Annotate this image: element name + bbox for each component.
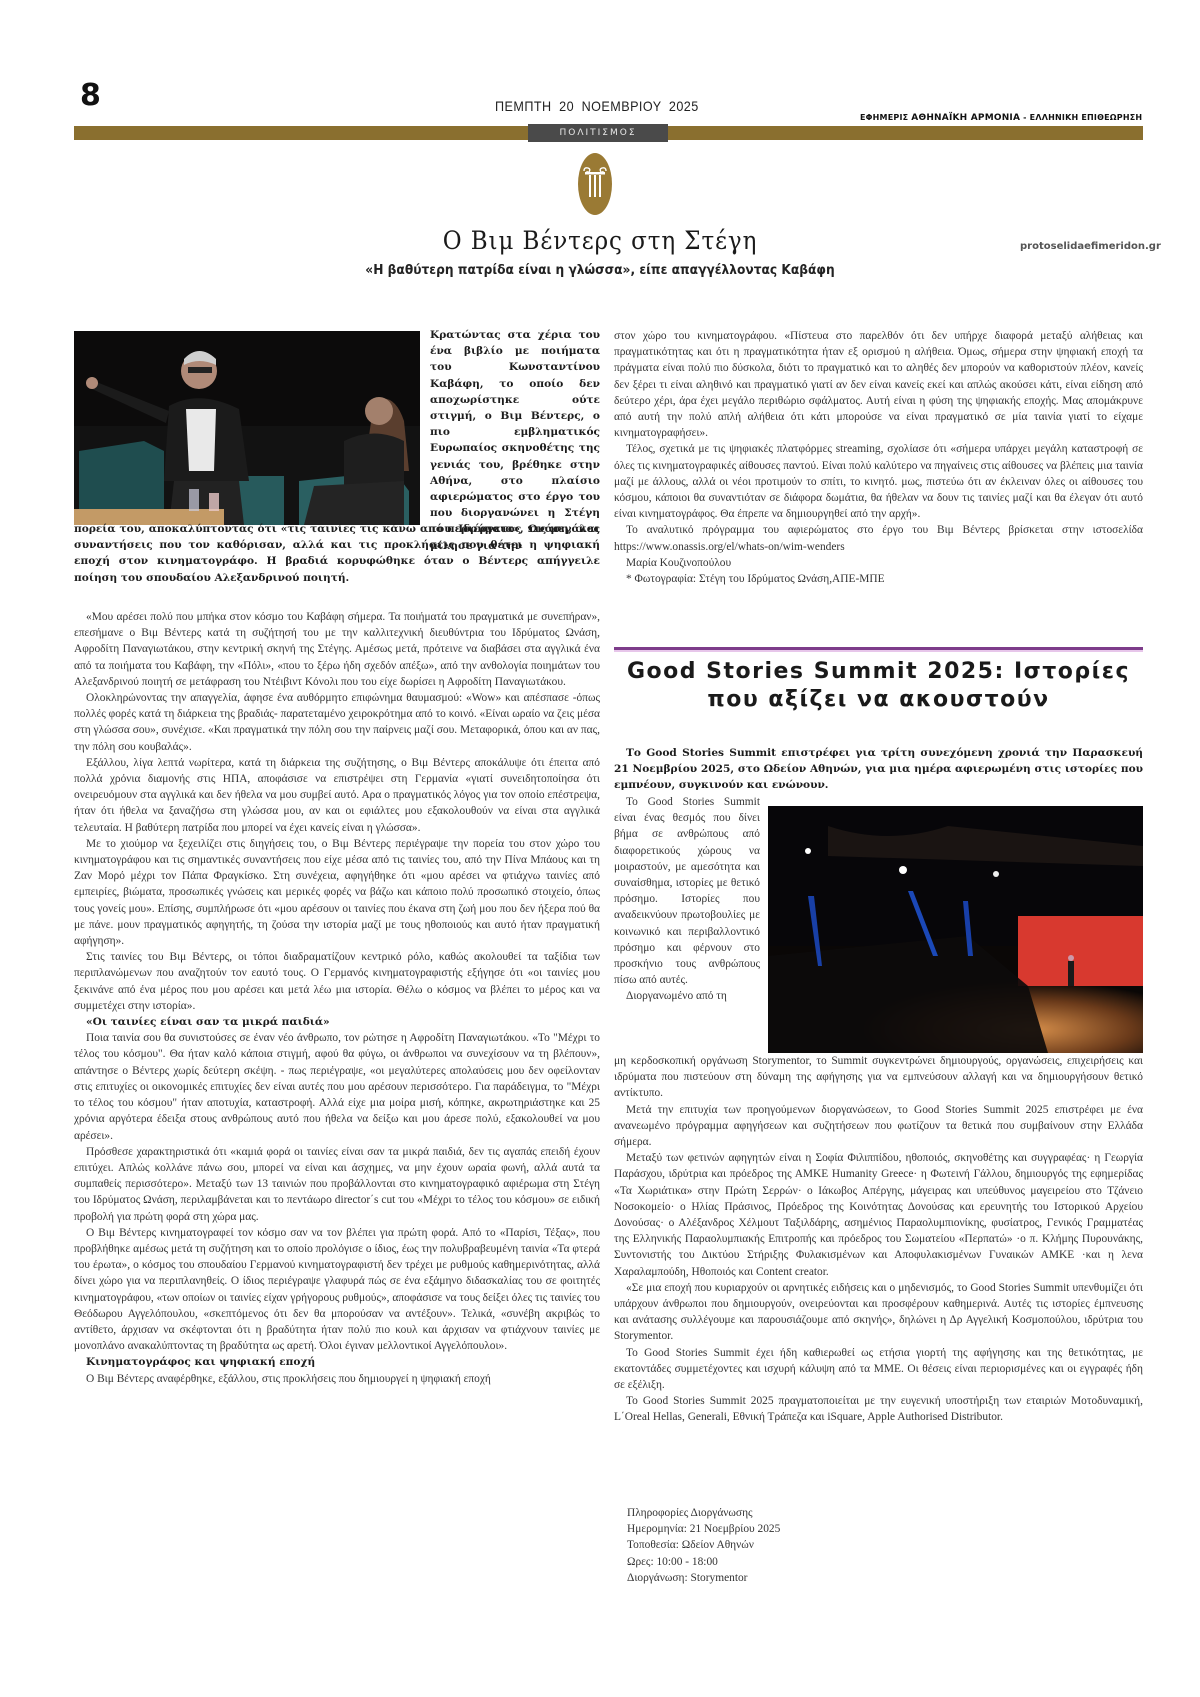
source-watermark: protoselidaefimeridon.gr	[1020, 241, 1161, 252]
body-paragraph: «Σε μια εποχή που κυριαρχούν οι αρνητικέ…	[614, 1280, 1143, 1345]
body-paragraph: Μετά την επιτυχία των προηγούμενων διοργ…	[614, 1102, 1143, 1151]
article-body-right: στον χώρο του κινηματογράφου. «Πίστευα σ…	[614, 328, 1143, 587]
event-date: Ημερομηνία: 21 Νοεμβρίου 2025	[627, 1521, 780, 1537]
page-number: 8	[80, 78, 100, 113]
body-paragraph: Ολοκληρώνοντας την απαγγελία, άφησε ένα …	[74, 690, 600, 755]
section-label: ΠΟΛΙΤΙΣΜΟΣ	[528, 124, 668, 142]
body-paragraph: Ο Βιμ Βέντερς κινηματογραφεί τον κόσμο σ…	[74, 1225, 600, 1355]
issue-date: ΠΕΜΠΤΗ 20 ΝΟΕΜΒΡΙΟΥ 2025	[495, 98, 699, 114]
article-divider	[614, 647, 1143, 652]
event-hours: Ωρες: 10:00 - 18:00	[627, 1554, 780, 1570]
body-paragraph: μη κερδοσκοπική οργάνωση Storymentor, το…	[614, 1053, 1143, 1102]
article2-narrow-column: Το Good Stories Summit είναι ένας θεσμός…	[614, 794, 760, 1005]
body-paragraph: Με το χιούμορ να ξεχειλίζει στις διηγήσε…	[74, 836, 600, 949]
event-location: Τοποθεσία: Ωδείον Αθηνών	[627, 1537, 780, 1553]
body-paragraph: Τέλος, σχετικά με τις ψηφιακές πλατφόρμε…	[614, 441, 1143, 522]
masthead-prefix: ΕΦΗΜΕΡΙΣ	[860, 113, 908, 122]
body-paragraph: Διοργανωμένο από τη	[614, 988, 760, 1004]
newspaper-masthead: ΕΦΗΜΕΡΙΣ ΑΘΗΝΑΪΚΗ ΑΡΜΟΝΙΑ - ΕΛΛΗΝΙΚΗ ΕΠΙ…	[860, 113, 1142, 123]
intro-text-bottom: πορεία του, αποκαλύπτοντας ότι «τις ταιν…	[74, 521, 600, 586]
article-photo-summit-stage	[768, 806, 1143, 1053]
body-paragraph: Ο Βιμ Βέντερς αναφέρθηκε, εξάλλου, στις …	[74, 1371, 600, 1387]
body-paragraph: Το Good Stories Summit είναι ένας θεσμός…	[614, 794, 760, 988]
event-info-block: Πληροφορίες Διοργάνωσης Ημερομηνία: 21 Ν…	[627, 1505, 780, 1586]
masthead-suffix: - ΕΛΛΗΝΙΚΗ ΕΠΙΘΕΩΡΗΣΗ	[1023, 113, 1142, 122]
ionic-column-icon	[578, 153, 612, 215]
body-paragraph: «Μου αρέσει πολύ που μπήκα στον κόσμο το…	[74, 609, 600, 690]
intro-text-right: Κρατώντας στα χέρια του ένα βιβλίο με πο…	[430, 327, 600, 554]
body-paragraph: στον χώρο του κινηματογράφου. «Πίστευα σ…	[614, 328, 1143, 441]
body-paragraph: Εξάλλου, λίγα λεπτά νωρίτερα, κατά τη δι…	[74, 755, 600, 836]
event-organizer: Διοργάνωση: Storymentor	[627, 1570, 780, 1586]
body-paragraph: Πρόσθεσε χαρακτηριστικά ότι «καμιά φορά …	[74, 1144, 600, 1225]
article-headline: Ο Βιμ Βέντερς στη Στέγη	[48, 226, 1152, 255]
photo-credit: * Φωτογραφία: Στέγη του Ιδρύματος Ωνάση,…	[614, 571, 1143, 587]
event-info-heading: Πληροφορίες Διοργάνωσης	[627, 1505, 780, 1521]
body-paragraph: Στις ταινίες του Βιμ Βέντερς, οι τόποι δ…	[74, 949, 600, 1014]
masthead-name: ΑΘΗΝΑΪΚΗ ΑΡΜΟΝΙΑ	[911, 113, 1020, 123]
body-paragraph: Το Good Stories Summit 2025 πραγματοποιε…	[614, 1393, 1143, 1425]
article2-headline: Good Stories Summit 2025: Ιστορίες που α…	[614, 658, 1143, 714]
article-body-left: «Μου αρέσει πολύ που μπήκα στον κόσμο το…	[74, 609, 600, 1387]
article-photo-wenders	[74, 331, 420, 525]
body-paragraph: Το Good Stories Summit έχει ήδη καθιερωθ…	[614, 1345, 1143, 1394]
body-paragraph-link: Το αναλυτικό πρόγραμμα του αφιερώματος σ…	[614, 522, 1143, 554]
section-subheading: Κινηματογράφος και ψηφιακή εποχή	[74, 1354, 600, 1370]
article2-body: μη κερδοσκοπική οργάνωση Storymentor, το…	[614, 1053, 1143, 1426]
section-subheading: «Οι ταινίες είναι σαν τα μικρά παιδιά»	[74, 1014, 600, 1030]
article-subheadline: «Η βαθύτερη πατρίδα είναι η γλώσσα», είπ…	[36, 263, 1164, 278]
body-paragraph: Μεταξύ των φετινών αφηγητών είναι η Σοφί…	[614, 1150, 1143, 1280]
body-paragraph: Ποια ταινία σου θα συνιστούσες σε έναν ν…	[74, 1030, 600, 1143]
author-byline: Μαρία Κουζινοπούλου	[614, 555, 1143, 571]
article2-lead: Το Good Stories Summit επιστρέφει για τρ…	[614, 745, 1143, 794]
lead-paragraph: Το Good Stories Summit επιστρέφει για τρ…	[614, 745, 1143, 794]
